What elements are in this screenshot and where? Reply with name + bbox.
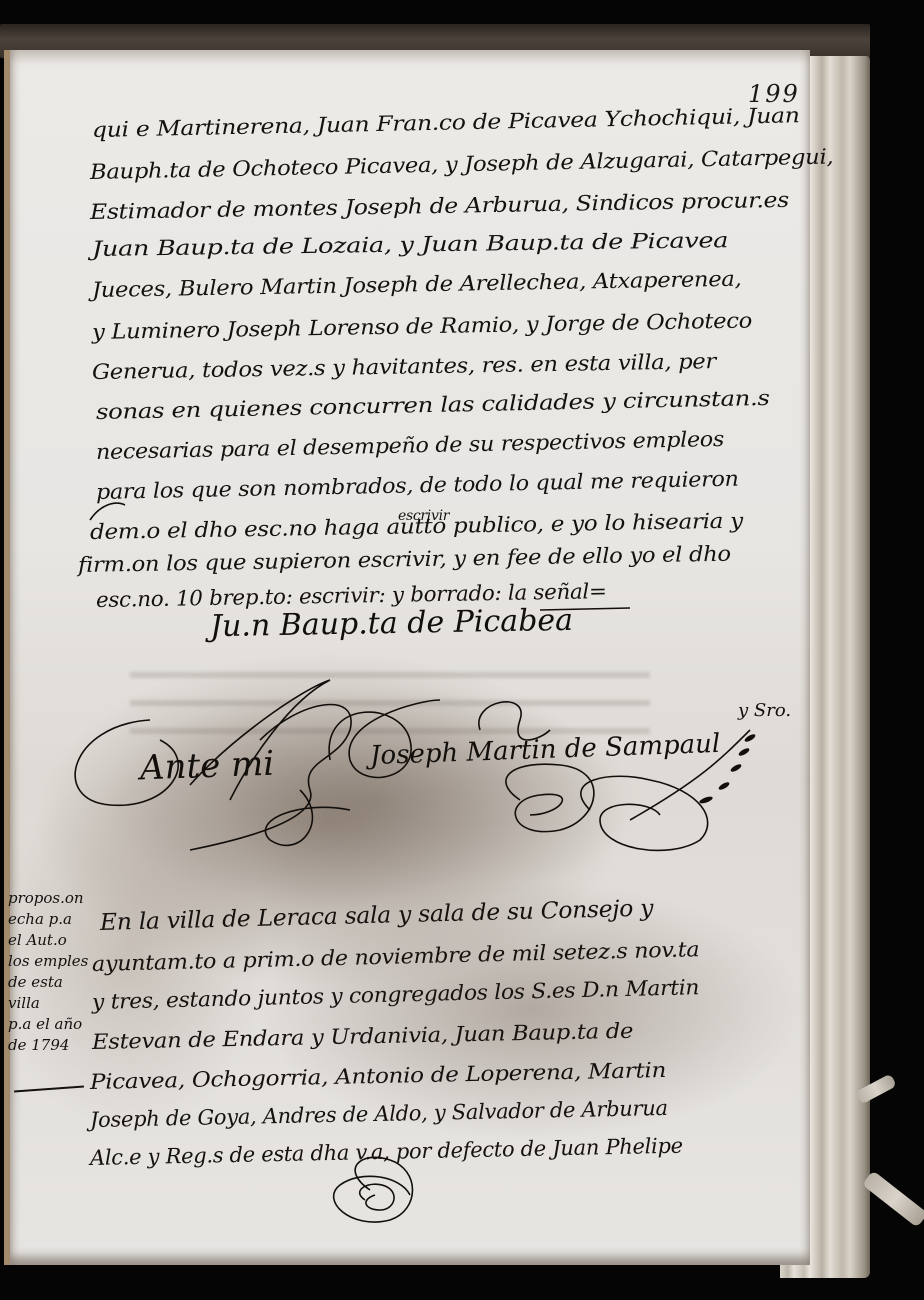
margin-note-line: de esta villa	[8, 972, 96, 1014]
margin-note: propos.on echa p.a el Aut.o los emples d…	[8, 888, 96, 1056]
margin-note-line: de 1794	[8, 1035, 96, 1056]
margin-note-line: los emples	[8, 951, 96, 972]
margin-note-line: echa p.a	[8, 909, 96, 930]
margin-note-line: p.a el año	[8, 1014, 96, 1035]
margin-note-line: el Aut.o	[8, 930, 96, 951]
margin-note-line: propos.on	[8, 888, 96, 909]
